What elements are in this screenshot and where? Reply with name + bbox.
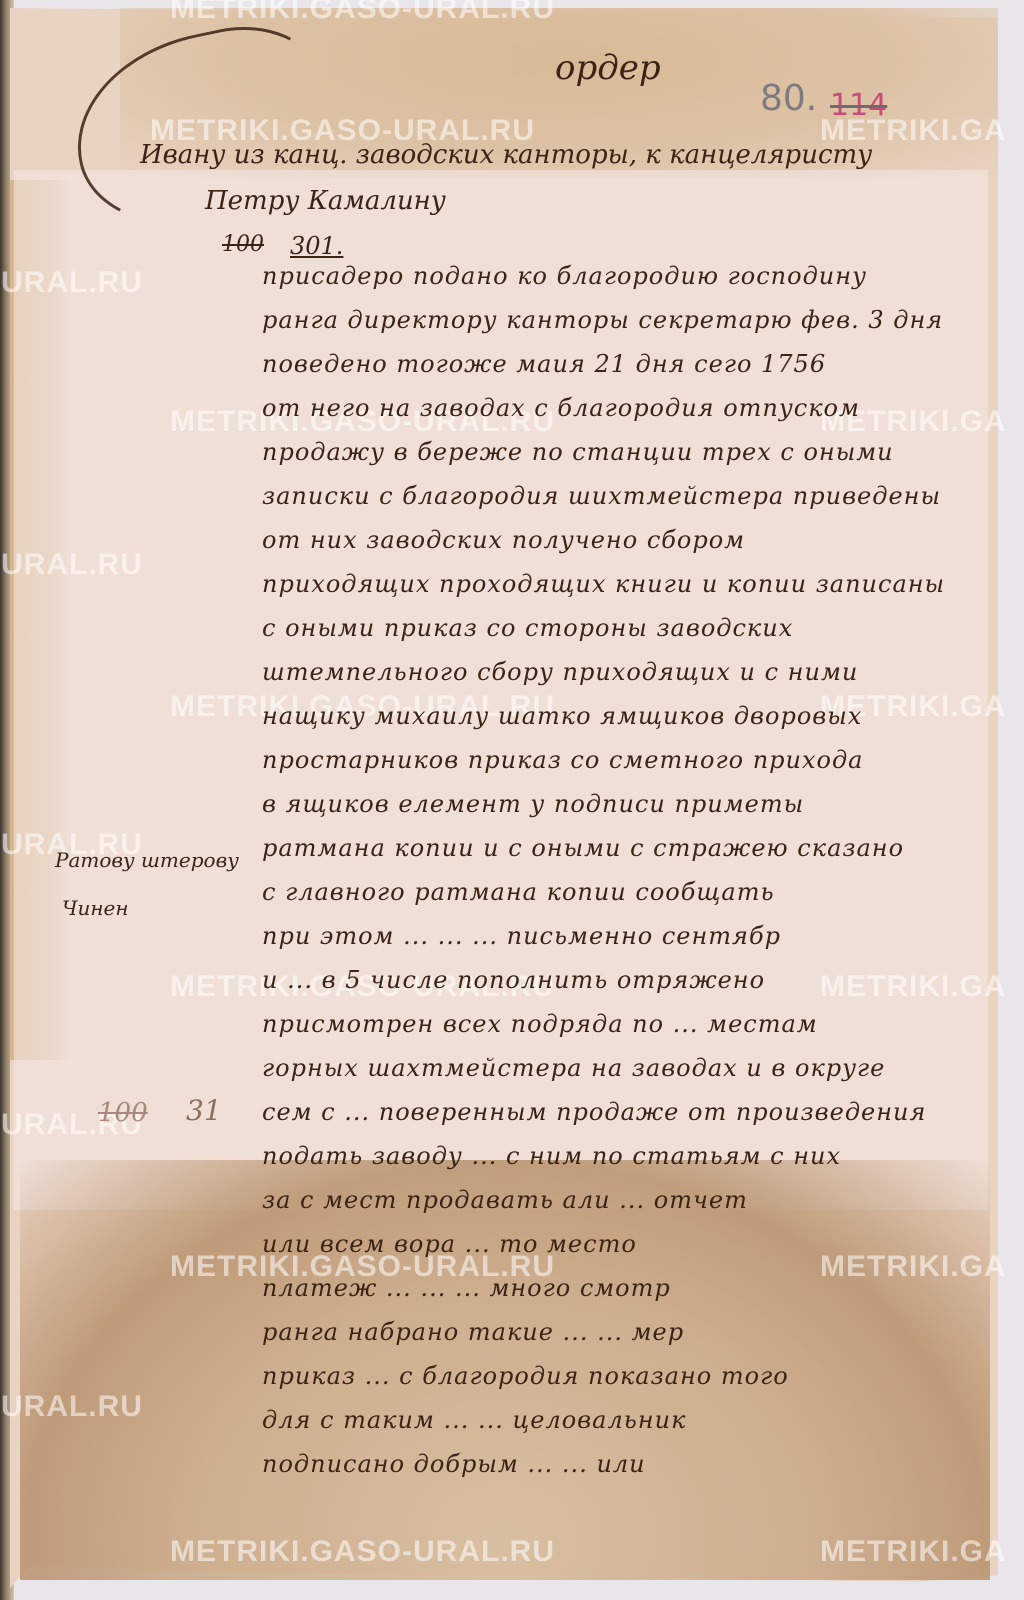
watermark-partial: -URAL.RU — [0, 548, 143, 582]
folio-number-struck: 114 — [830, 88, 887, 123]
manuscript-line: в ящиков елемент у подписи приметы — [262, 790, 992, 832]
manuscript-line: подать заводу ... с ним по статьям с них — [262, 1142, 992, 1184]
margin-number-struck: 100 — [98, 1098, 148, 1128]
watermark: METRIKI.GASO-URAL.RU — [170, 0, 555, 26]
manuscript-line: приказ ... с благородия показано того — [262, 1362, 992, 1404]
manuscript-line: горных шахтмейстера на заводах и в округ… — [262, 1054, 992, 1096]
document-number: 301. — [290, 232, 343, 260]
watermark-partial: -URAL.RU — [0, 266, 143, 300]
watermark-partial: METRIKI.GA — [820, 1535, 1007, 1569]
manuscript-line: приходящих проходящих книги и копии запи… — [262, 570, 992, 612]
manuscript-line: простарников приказ со сметного прихода — [262, 746, 992, 788]
manuscript-line: ранга директору канторы секретарю фев. 3… — [262, 306, 992, 348]
margin-note-line-1: Ратову штерову — [55, 848, 239, 872]
manuscript-line: присмотрен всех подряда по ... местам — [262, 1010, 992, 1052]
folio-number-pencil: 80. — [760, 78, 817, 119]
manuscript-line: за с мест продавать али ... отчет — [262, 1186, 992, 1228]
manuscript-line: присадеро подано ко благородию господину — [262, 262, 992, 304]
manuscript-line: подписано добрым ... ... или — [262, 1450, 992, 1492]
address-line-2: Петру Камалину — [205, 186, 446, 216]
manuscript-line: или всем вора ... то место — [262, 1230, 992, 1272]
manuscript-line: сем с ... поверенным продаже от произвед… — [262, 1098, 992, 1140]
watermark-partial: -URAL.RU — [0, 1390, 143, 1424]
address-line-1: Ивану из канц. заводских канторы, к канц… — [140, 140, 872, 170]
manuscript-line: нащику михаилу шатко ямщиков дворовых — [262, 702, 992, 744]
manuscript-line: для с таким ... ... целовальник — [262, 1406, 992, 1448]
document-number-struck: 100 — [222, 232, 264, 257]
margin-note-line-2: Чинен — [62, 896, 129, 920]
margin-number: 31 — [186, 1094, 222, 1127]
manuscript-line: ратмана копии и с оными с стражею сказан… — [262, 834, 992, 876]
manuscript-line: ранга набрано такие ... ... мер — [262, 1318, 992, 1360]
document-type-heading: ордер — [555, 48, 661, 88]
watermark: METRIKI.GASO-URAL.RU — [170, 1535, 555, 1569]
manuscript-line: с главного ратмана копии сообщать — [262, 878, 992, 920]
manuscript-line: штемпельного сбору приходящих и с ними — [262, 658, 992, 700]
manuscript-line: и ... в 5 числе пополнить отряжено — [262, 966, 992, 1008]
manuscript-line: записки с благородия шихтмейстера привед… — [262, 482, 992, 524]
manuscript-line: поведено тогоже маия 21 дня сего 1756 — [262, 350, 992, 392]
manuscript-line: от него на заводах с благородия отпуском — [262, 394, 992, 436]
manuscript-line: от них заводских получено сбором — [262, 526, 992, 568]
manuscript-line: с оными приказ со стороны заводских — [262, 614, 992, 656]
manuscript-line: платеж ... ... ... много смотр — [262, 1274, 992, 1316]
manuscript-line: при этом ... ... ... письменно сентябр — [262, 922, 992, 964]
manuscript-line: продажу в береже по станции трех с оными — [262, 438, 992, 480]
